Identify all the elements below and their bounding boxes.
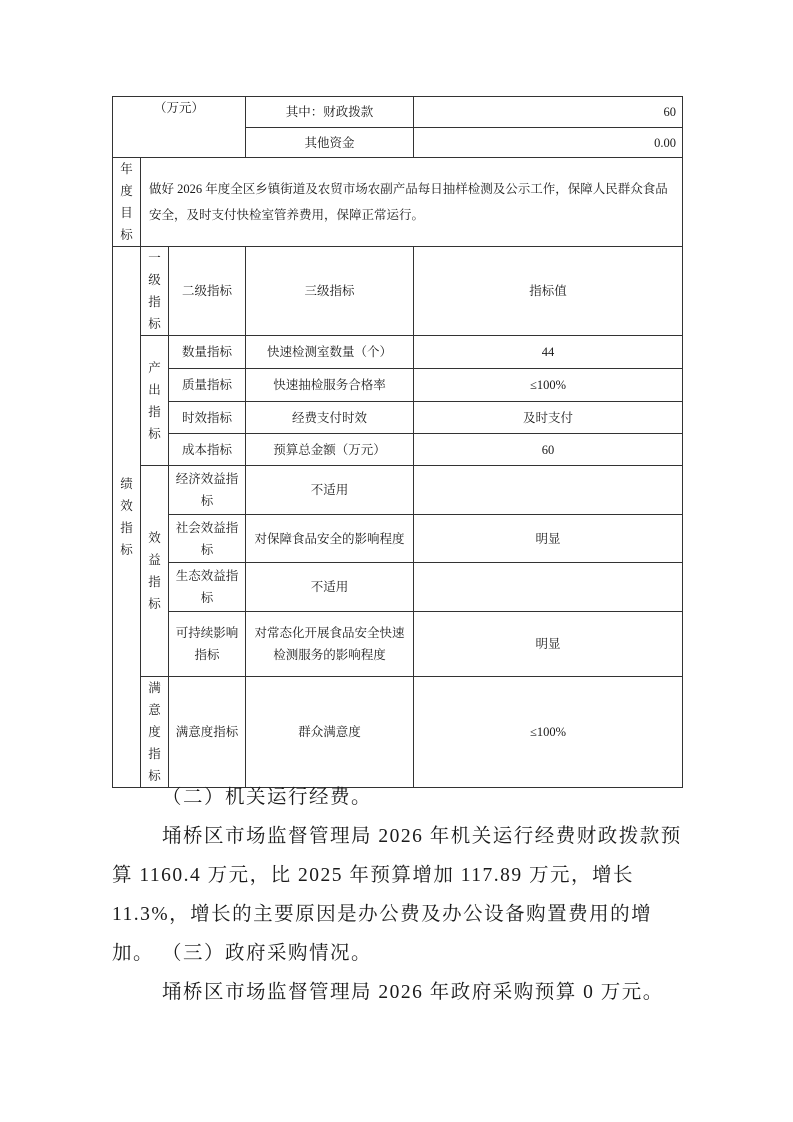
level3-cell: 不适用 xyxy=(246,563,414,612)
table-row: 质量指标 快速抽检服务合格率 ≤100% xyxy=(113,369,683,402)
satisfaction-indicator-label: 满意度指标 xyxy=(141,677,169,788)
level1-header: 一级指标 xyxy=(141,247,169,336)
annual-goal-row: 年度目标 做好 2026 年度全区乡镇街道及农贸市场农副产品每日抽样检测及公示工… xyxy=(113,158,683,247)
level3-cell: 对常态化开展食品安全快速检测服务的影响程度 xyxy=(246,612,414,677)
level3-cell: 不适用 xyxy=(246,466,414,515)
level3-cell: 群众满意度 xyxy=(246,677,414,788)
level2-cell: 生态效益指标 xyxy=(169,563,246,612)
value-header: 指标值 xyxy=(414,247,683,336)
level3-header: 三级指标 xyxy=(246,247,414,336)
level2-cell: 可持续影响指标 xyxy=(169,612,246,677)
level2-cell: 数量指标 xyxy=(169,336,246,369)
body-section-procurement: （三）政府采购情况。 埇桥区市场监督管理局 2026 年政府采购预算 0 万元。 xyxy=(112,934,692,1012)
annual-goal-label: 年度目标 xyxy=(113,158,141,247)
funding-value: 60 xyxy=(414,97,683,128)
level2-cell: 经济效益指标 xyxy=(169,466,246,515)
level2-cell: 成本指标 xyxy=(169,434,246,466)
level3-cell: 经费支付时效 xyxy=(246,402,414,434)
level2-cell: 满意度指标 xyxy=(169,677,246,788)
table-row: 产出指标 数量指标 快速检测室数量（个） 44 xyxy=(113,336,683,369)
table-row: 时效指标 经费支付时效 及时支付 xyxy=(113,402,683,434)
funding-unit-label: （万元） xyxy=(113,97,246,158)
level2-cell: 社会效益指标 xyxy=(169,515,246,563)
funding-label: 其他资金 xyxy=(246,128,414,158)
performance-goal-table: （万元） 其中：财政拨款 60 其他资金 0.00 年度目标 做好 2026 年… xyxy=(112,96,683,788)
annual-goal-text: 做好 2026 年度全区乡镇街道及农贸市场农副产品每日抽样检测及公示工作，保障人… xyxy=(141,158,683,247)
benefit-indicator-label: 效益指标 xyxy=(141,466,169,677)
level3-cell: 快速检测室数量（个） xyxy=(246,336,414,369)
level2-cell: 时效指标 xyxy=(169,402,246,434)
indicator-header-row: 绩效指标 一级指标 二级指标 三级指标 指标值 xyxy=(113,247,683,336)
funding-label: 其中：财政拨款 xyxy=(246,97,414,128)
funding-row-fiscal: （万元） 其中：财政拨款 60 xyxy=(113,97,683,128)
table-row: 成本指标 预算总金额（万元） 60 xyxy=(113,434,683,466)
output-indicator-label: 产出指标 xyxy=(141,336,169,466)
section-heading: （三）政府采购情况。 xyxy=(112,934,692,973)
table-row: 效益指标 经济效益指标 不适用 xyxy=(113,466,683,515)
table-row: 满意度指标 满意度指标 群众满意度 ≤100% xyxy=(113,677,683,788)
value-cell: ≤100% xyxy=(414,677,683,788)
table-row: 可持续影响指标 对常态化开展食品安全快速检测服务的影响程度 明显 xyxy=(113,612,683,677)
level3-cell: 快速抽检服务合格率 xyxy=(246,369,414,402)
funding-value: 0.00 xyxy=(414,128,683,158)
section-paragraph: 埇桥区市场监督管理局 2026 年政府采购预算 0 万元。 xyxy=(112,973,692,1012)
value-cell xyxy=(414,563,683,612)
table-row: 生态效益指标 不适用 xyxy=(113,563,683,612)
value-cell xyxy=(414,466,683,515)
level2-cell: 质量指标 xyxy=(169,369,246,402)
performance-label: 绩效指标 xyxy=(113,247,141,788)
level3-cell: 预算总金额（万元） xyxy=(246,434,414,466)
value-cell: 明显 xyxy=(414,612,683,677)
value-cell: 44 xyxy=(414,336,683,369)
value-cell: 及时支付 xyxy=(414,402,683,434)
level2-header: 二级指标 xyxy=(169,247,246,336)
level3-cell: 对保障食品安全的影响程度 xyxy=(246,515,414,563)
value-cell: 明显 xyxy=(414,515,683,563)
section-heading: （二）机关运行经费。 xyxy=(112,778,692,817)
value-cell: ≤100% xyxy=(414,369,683,402)
table-row: 社会效益指标 对保障食品安全的影响程度 明显 xyxy=(113,515,683,563)
value-cell: 60 xyxy=(414,434,683,466)
